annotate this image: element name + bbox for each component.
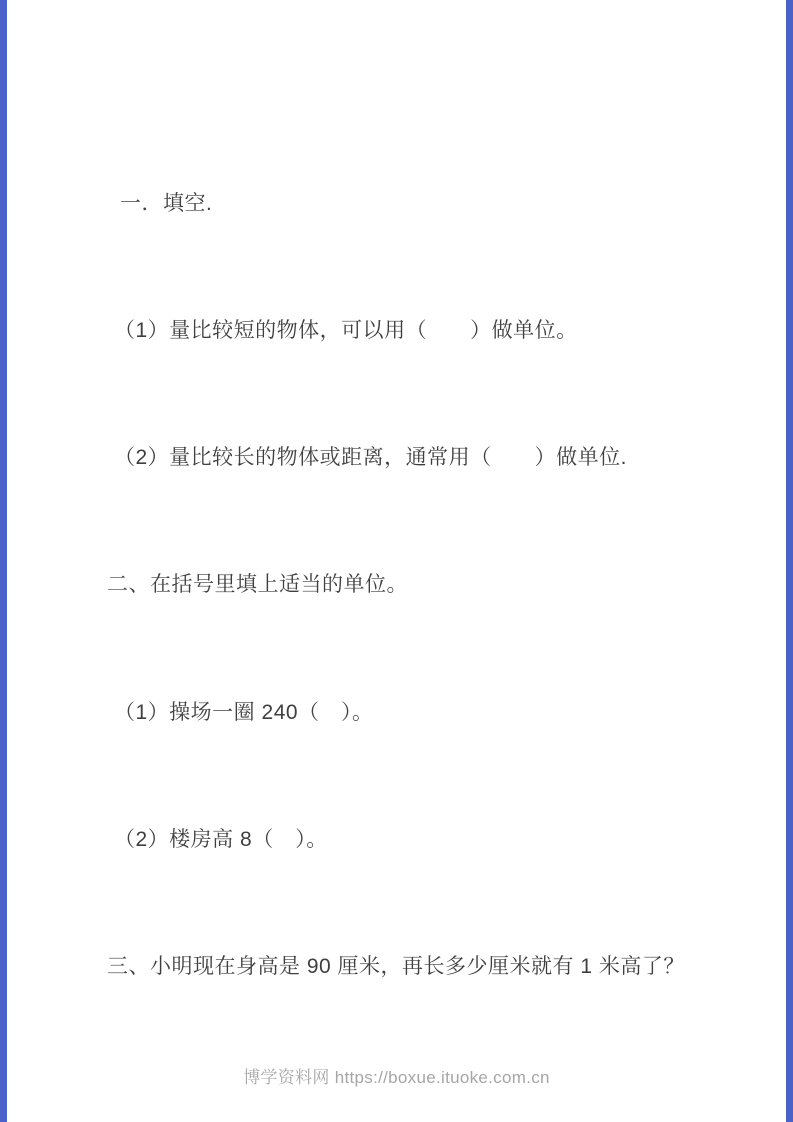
section-3-question: 三、小明现在身高是 90 厘米，再长多少厘米就有 1 米高了？	[107, 946, 707, 988]
section-2-item-1: （1）操场一圈 240（ ）。	[107, 692, 707, 734]
left-edge-bar	[0, 0, 7, 1122]
section-2-heading: 二、在括号里填上适当的单位。	[107, 564, 707, 606]
worksheet-body: 一．填空. （1）量比较短的物体，可以用（ ）做单位。 （2）量比较长的物体或距…	[107, 98, 707, 1073]
section-1-heading: 一．填空.	[107, 183, 707, 225]
right-edge-bar	[786, 0, 793, 1122]
section-2-item-2: （2）楼房高 8（ ）。	[107, 819, 707, 861]
footer-watermark: 博学资料网 https://boxue.ituoke.com.cn	[0, 1066, 793, 1090]
section-1-item-2: （2）量比较长的物体或距离，通常用（ ）做单位.	[107, 437, 707, 479]
section-1-item-1: （1）量比较短的物体，可以用（ ）做单位。	[107, 310, 707, 352]
worksheet-page: 一．填空. （1）量比较短的物体，可以用（ ）做单位。 （2）量比较长的物体或距…	[0, 0, 793, 1122]
